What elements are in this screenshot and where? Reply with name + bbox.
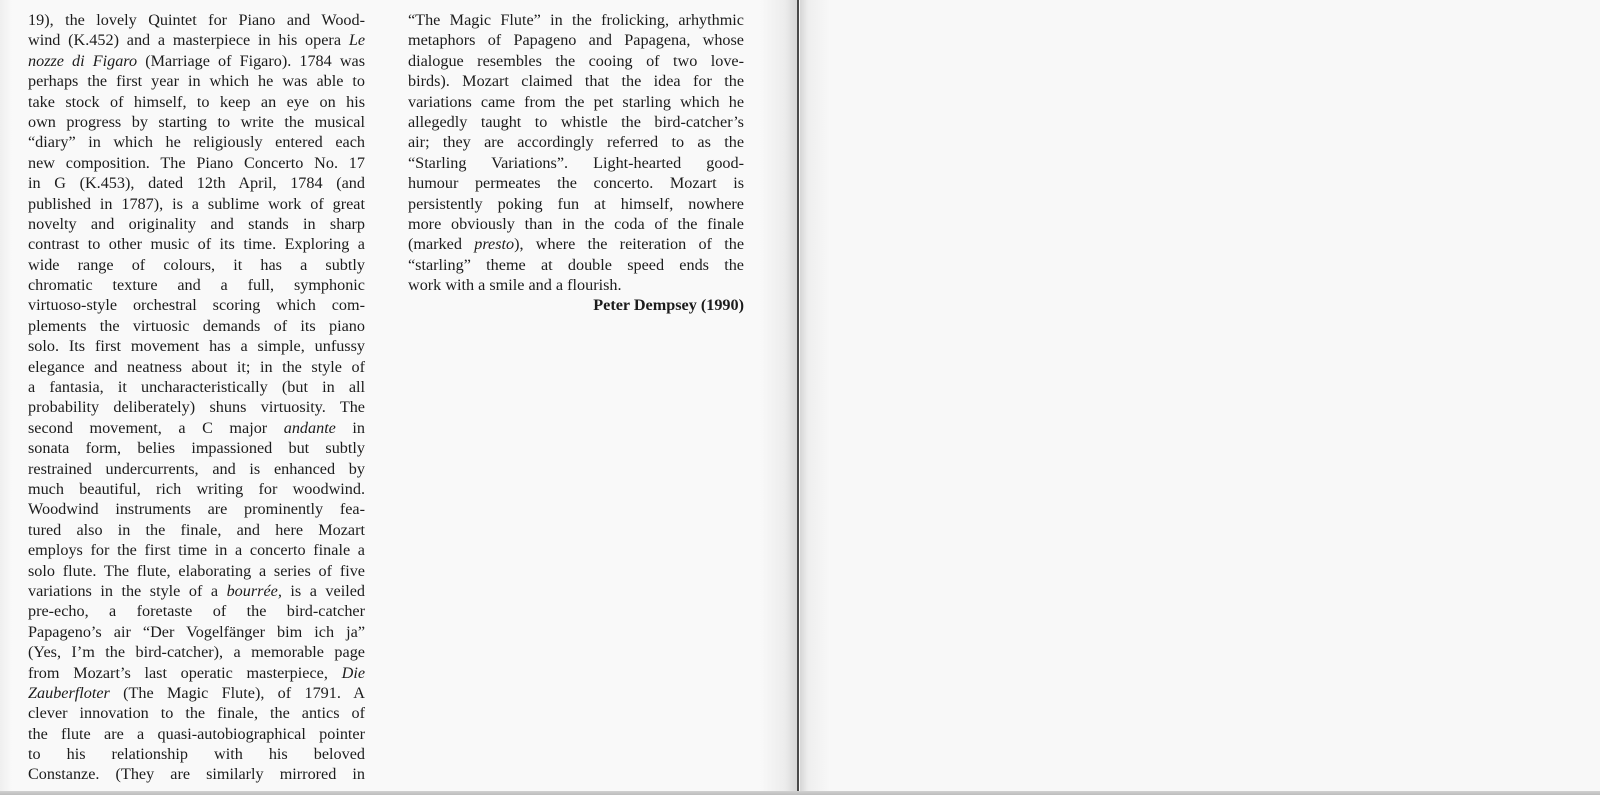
text-run: chromatic texture and a full, symphonic (28, 276, 365, 294)
text-run: much beautiful, rich writing for woodwin… (28, 480, 365, 498)
text-run: virtuoso-style orchestral scoring which … (28, 296, 365, 314)
text-line: restrained undercurrents, and is enhance… (28, 459, 365, 479)
scan-bottom-edge (0, 791, 1600, 795)
text-line: from Mozart’s last operatic masterpiece,… (28, 663, 365, 683)
text-line: wind (K.452) and a masterpiece in his op… (28, 30, 365, 50)
text-line: contrast to other music of its time. Exp… (28, 234, 365, 254)
text-run: (Marriage of Figaro). 1784 was (137, 52, 365, 70)
text-run: second movement, a C major (28, 419, 284, 437)
text-run: take stock of himself, to keep an eye on… (28, 93, 365, 111)
text-run: variations came from the pet starling wh… (408, 93, 744, 111)
text-line: wide range of colours, it has a subtly (28, 255, 365, 275)
text-run: clever innovation to the finale, the ant… (28, 704, 365, 722)
text-line: chromatic texture and a full, symphonic (28, 275, 365, 295)
text-line: variations came from the pet starling wh… (408, 92, 744, 112)
text-line: “starling” theme at double speed ends th… (408, 255, 744, 275)
text-run: from Mozart’s last operatic masterpiece, (28, 664, 342, 682)
text-line: perhaps the first year in which he was a… (28, 71, 365, 91)
text-run: variations in the style of a (28, 582, 227, 600)
text-run: perhaps the first year in which he was a… (28, 72, 365, 90)
text-run: Papageno’s air “Der Vogelfänger bim ich … (28, 623, 365, 641)
text-line: metaphors of Papageno and Papagena, whos… (408, 30, 744, 50)
text-run: ), where the reiteration of the (514, 235, 744, 253)
text-line: more obviously than in the coda of the f… (408, 214, 744, 234)
text-run: (The Magic Flute), of 1791. A (110, 684, 365, 702)
text-run: in G (K.453), dated 12th April, 1784 (an… (28, 174, 365, 192)
text-run: 19), the lovely Quintet for Piano and Wo… (28, 11, 365, 29)
text-run: metaphors of Papageno and Papagena, whos… (408, 31, 744, 49)
text-run: (Yes, I’m the bird-catcher), a memorable… (28, 643, 365, 661)
text-line: (marked presto), where the reiteration o… (408, 234, 744, 254)
text-line: (Yes, I’m the bird-catcher), a memorable… (28, 642, 365, 662)
text-line: 19), the lovely Quintet for Piano and Wo… (28, 10, 365, 30)
left-page: 19), the lovely Quintet for Piano and Wo… (0, 0, 798, 795)
text-run: sonata form, belies impassioned but subt… (28, 439, 365, 457)
text-run: more obviously than in the coda of the f… (408, 215, 744, 233)
booklet-spread: 19), the lovely Quintet for Piano and Wo… (0, 0, 1600, 795)
text-line: tured also in the finale, and here Mozar… (28, 520, 365, 540)
text-run: air; they are accordingly referred to as… (408, 133, 744, 151)
text-run: is a veiled (282, 582, 365, 600)
italic-text-run: presto (474, 235, 514, 253)
right-page-blank (800, 0, 1600, 795)
text-line: clever innovation to the finale, the ant… (28, 703, 365, 723)
italic-text-run: Zauberfloter (28, 684, 110, 702)
text-line: elegance and neatness about it; in the s… (28, 357, 365, 377)
text-line: work with a smile and a flourish. (408, 275, 744, 295)
text-run: solo. Its first movement has a simple, u… (28, 337, 365, 355)
text-run: “starling” theme at double speed ends th… (408, 256, 744, 274)
text-run: employs for the first time in a concerto… (28, 541, 365, 559)
text-line: pre-echo, a foretaste of the bird-catche… (28, 601, 365, 621)
text-run: allegedly taught to whistle the bird-cat… (408, 113, 744, 131)
text-line: “Starling Variations”. Light-hearted goo… (408, 153, 744, 173)
text-line: take stock of himself, to keep an eye on… (28, 92, 365, 112)
text-run: elegance and neatness about it; in the s… (28, 358, 365, 376)
text-line: solo flute. The flute, elaborating a ser… (28, 561, 365, 581)
text-line: Woodwind instruments are prominently fea… (28, 499, 365, 519)
text-column-2: “The Magic Flute” in the frolicking, arh… (408, 10, 744, 316)
italic-text-run: Le (349, 31, 365, 49)
text-run: Woodwind instruments are prominently fea… (28, 500, 365, 518)
italic-text-run: Die (342, 664, 365, 682)
text-line: new composition. The Piano Concerto No. … (28, 153, 365, 173)
text-line: humour permeates the concerto. Mozart is (408, 173, 744, 193)
text-run: “Starling Variations”. Light-hearted goo… (408, 154, 744, 172)
text-run: contrast to other music of its time. Exp… (28, 235, 365, 253)
text-run: pre-echo, a foretaste of the bird-catche… (28, 602, 365, 620)
text-line: “diary” in which he religiously entered … (28, 132, 365, 152)
text-run: solo flute. The flute, elaborating a ser… (28, 562, 365, 580)
text-line: probability deliberately) shuns virtuosi… (28, 397, 365, 417)
text-line: to his relationship with his beloved (28, 744, 365, 764)
text-line: much beautiful, rich writing for woodwin… (28, 479, 365, 499)
text-run: novelty and originality and stands in sh… (28, 215, 365, 233)
author-signature: Peter Dempsey (1990) (408, 295, 744, 315)
text-line: air; they are accordingly referred to as… (408, 132, 744, 152)
text-run: birds). Mozart claimed that the idea for… (408, 72, 744, 90)
text-run: Constanze. (They are similarly mirrored … (28, 765, 365, 783)
text-line: Zauberfloter (The Magic Flute), of 1791.… (28, 683, 365, 703)
text-line: plements the virtuosic demands of its pi… (28, 316, 365, 336)
text-run: in (336, 419, 365, 437)
text-run: the flute are a quasi-autobiographical p… (28, 725, 365, 743)
text-line: second movement, a C major andante in (28, 418, 365, 438)
text-run: work with a smile and a flourish. (408, 276, 622, 294)
text-line: “The Magic Flute” in the frolicking, arh… (408, 10, 744, 30)
text-line: virtuoso-style orchestral scoring which … (28, 295, 365, 315)
text-run: new composition. The Piano Concerto No. … (28, 154, 365, 172)
text-line: solo. Its first movement has a simple, u… (28, 336, 365, 356)
text-line: Constanze. (They are similarly mirrored … (28, 764, 365, 784)
text-run: dialogue resembles the cooing of two lov… (408, 52, 744, 70)
text-run: “diary” in which he religiously entered … (28, 133, 365, 151)
text-run: (marked (408, 235, 474, 253)
italic-text-run: nozze di Figaro (28, 52, 137, 70)
text-run: “The Magic Flute” in the frolicking, arh… (408, 11, 744, 29)
text-run: restrained undercurrents, and is enhance… (28, 460, 365, 478)
text-line: in G (K.453), dated 12th April, 1784 (an… (28, 173, 365, 193)
text-column-1: 19), the lovely Quintet for Piano and Wo… (28, 10, 365, 785)
italic-text-run: andante (284, 419, 336, 437)
text-run: own progress by starting to write the mu… (28, 113, 365, 131)
text-run: probability deliberately) shuns virtuosi… (28, 398, 365, 416)
text-line: Papageno’s air “Der Vogelfänger bim ich … (28, 622, 365, 642)
text-line: nozze di Figaro (Marriage of Figaro). 17… (28, 51, 365, 71)
text-line: persistently poking fun at himself, nowh… (408, 194, 744, 214)
italic-text-run: bourrée, (227, 582, 282, 600)
text-line: birds). Mozart claimed that the idea for… (408, 71, 744, 91)
text-line: variations in the style of a bourrée, is… (28, 581, 365, 601)
text-run: to his relationship with his beloved (28, 745, 365, 763)
text-run: wide range of colours, it has a subtly (28, 256, 365, 274)
text-line: own progress by starting to write the mu… (28, 112, 365, 132)
booklet-spine-fold (797, 0, 799, 795)
text-line: employs for the first time in a concerto… (28, 540, 365, 560)
text-run: plements the virtuosic demands of its pi… (28, 317, 365, 335)
text-line: published in 1787), is a sublime work of… (28, 194, 365, 214)
text-run: wind (K.452) and a masterpiece in his op… (28, 31, 349, 49)
text-line: a fantasia, it uncharacteristically (but… (28, 377, 365, 397)
text-run: a fantasia, it uncharacteristically (but… (28, 378, 365, 396)
text-line: the flute are a quasi-autobiographical p… (28, 724, 365, 744)
text-run: published in 1787), is a sublime work of… (28, 195, 365, 213)
text-run: tured also in the finale, and here Mozar… (28, 521, 365, 539)
text-line: sonata form, belies impassioned but subt… (28, 438, 365, 458)
text-run: persistently poking fun at himself, nowh… (408, 195, 744, 213)
text-line: novelty and originality and stands in sh… (28, 214, 365, 234)
text-line: dialogue resembles the cooing of two lov… (408, 51, 744, 71)
text-line: allegedly taught to whistle the bird-cat… (408, 112, 744, 132)
text-run: humour permeates the concerto. Mozart is (408, 174, 744, 192)
